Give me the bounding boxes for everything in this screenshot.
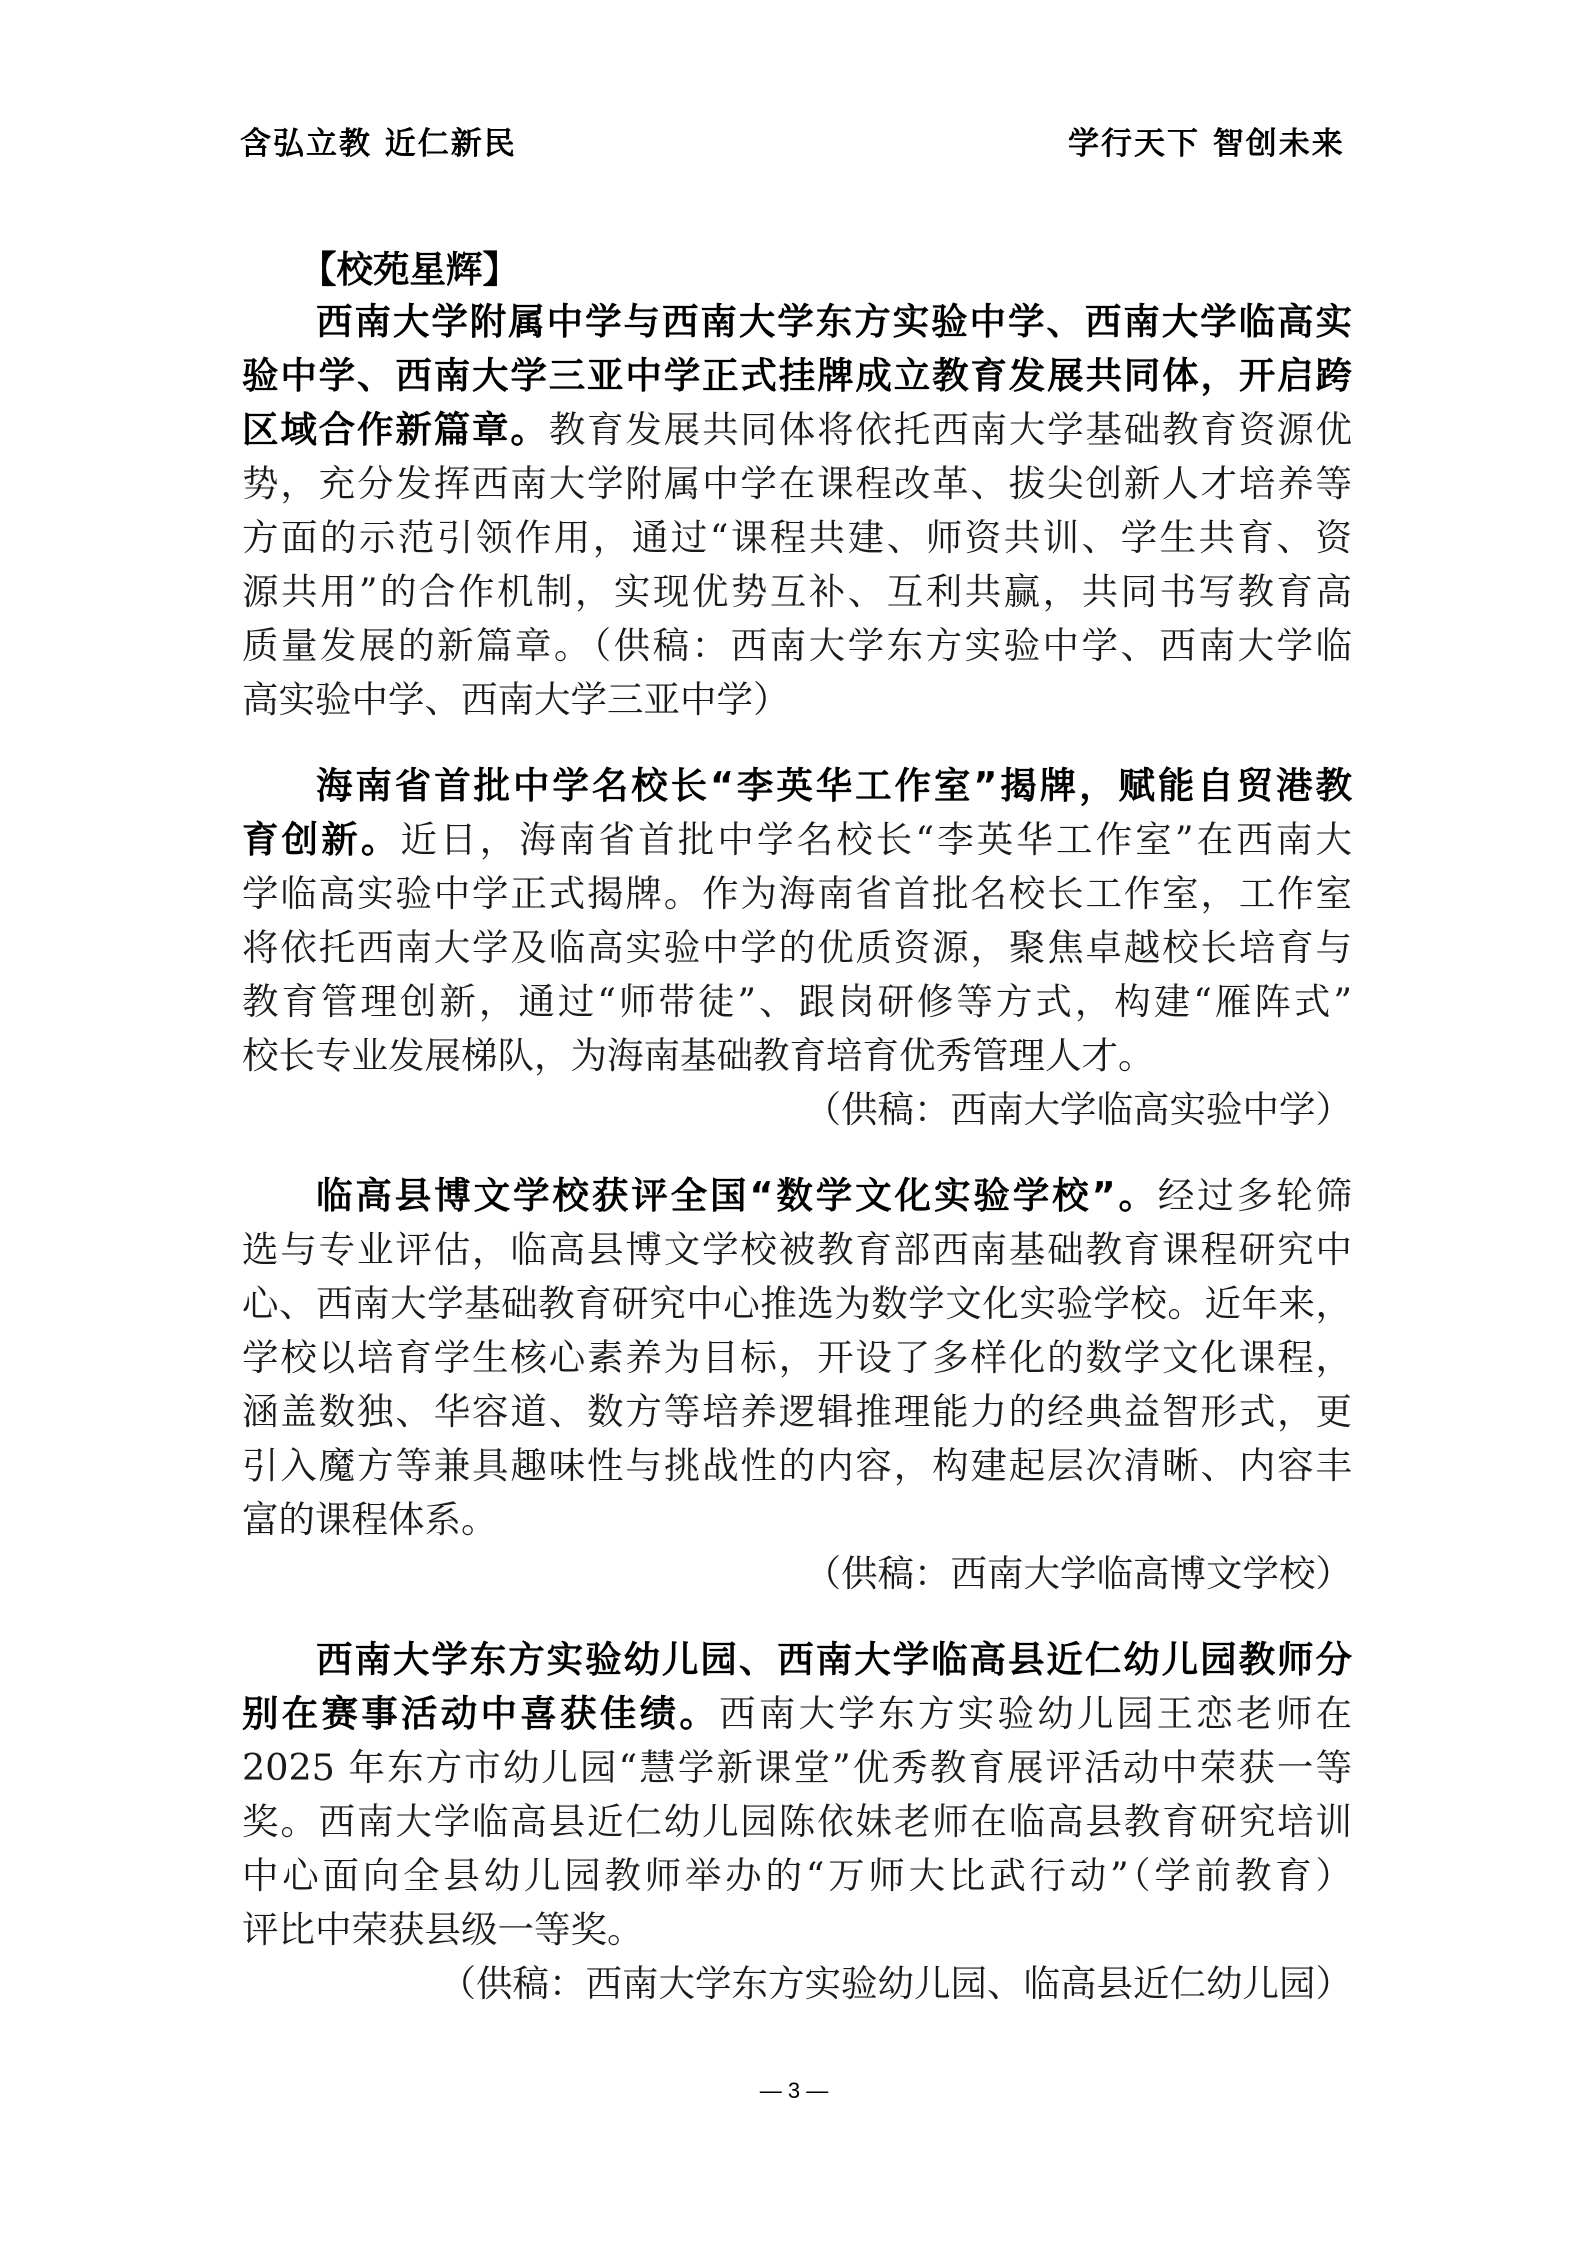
article-body-text: 引入魔方等兼具趣味性与挑战性的内容，构建起层次清晰、内容丰 [242, 1444, 1352, 1487]
article-1-line: 质量发展的新篇章。（供稿：西南大学东方实验中学、西南大学临 [242, 620, 1352, 672]
article-headline-text: 别在赛事活动中喜获佳绩。 [242, 1692, 719, 1735]
article-4-line: 评比中荣获县级一等奖。 [242, 1904, 1352, 1956]
article-body-text: 将依托西南大学及临高实验中学的优质资源，聚焦卓越校长培育与 [242, 926, 1352, 969]
section-title: 【校苑星辉】 [300, 244, 519, 296]
article-body-text: 中心面向全县幼儿园教师举办的“万师大比武行动”（学前教育） [242, 1854, 1352, 1897]
article-3-line: 引入魔方等兼具趣味性与挑战性的内容，构建起层次清晰、内容丰 [242, 1440, 1352, 1492]
article-body-text: 评比中荣获县级一等奖。 [242, 1908, 644, 1951]
article-body-text: 奖。西南大学临高县近仁幼儿园陈依妹老师在临高县教育研究培训 [242, 1800, 1352, 1843]
article-4-line: 中心面向全县幼儿园教师举办的“万师大比武行动”（学前教育） [242, 1850, 1352, 1902]
article-2-line: 教育管理创新，通过“师带徒”、跟岗研修等方式，构建“雁阵式” [242, 976, 1352, 1028]
article-body-text: 学校以培育学生核心素养为目标，开设了多样化的数学文化课程， [242, 1336, 1352, 1379]
page-number: — 3 — [0, 2078, 1588, 2104]
article-1-line: 势，充分发挥西南大学附属中学在课程改革、拔尖创新人才培养等 [242, 458, 1352, 510]
article-headline-text: 育创新。 [242, 818, 400, 861]
article-body-text: 教育管理创新，通过“师带徒”、跟岗研修等方式，构建“雁阵式” [242, 980, 1352, 1023]
article-body-text: 近日，海南省首批中学名校长“李英华工作室”在西南大 [400, 818, 1352, 861]
article-body-text: 富的课程体系。 [242, 1498, 498, 1541]
article-4-line: 奖。西南大学临高县近仁幼儿园陈依妹老师在临高县教育研究培训 [242, 1796, 1352, 1848]
article-4-line: 别在赛事活动中喜获佳绩。西南大学东方实验幼儿园王恋老师在 [242, 1688, 1352, 1740]
article-body-text: 选与专业评估，临高县博文学校被教育部西南基础教育课程研究中 [242, 1228, 1352, 1271]
article-1-line: 验中学、西南大学三亚中学正式挂牌成立教育发展共同体，开启跨 [242, 350, 1352, 402]
article-body-text: 经过多轮筛 [1158, 1174, 1352, 1217]
article-4-line: 2025 年东方市幼儿园“慧学新课堂”优秀教育展评活动中荣获一等 [242, 1742, 1352, 1794]
article-2-line: 校长专业发展梯队，为海南基础教育培育优秀管理人才。 [242, 1030, 1352, 1082]
article-source-credit: （供稿：西南大学临高实验中学） [242, 1084, 1352, 1136]
article-3-line: 临高县博文学校获评全国“数学文化实验学校”。经过多轮筛 [316, 1170, 1352, 1222]
header-motto-right: 学行天下 智创未来 [1068, 118, 1345, 163]
article-headline-text: 西南大学东方实验幼儿园、西南大学临高县近仁幼儿园教师分 [316, 1638, 1352, 1681]
article-3-line: 涵盖数独、华容道、数方等培养逻辑推理能力的经典益智形式，更 [242, 1386, 1352, 1438]
article-body-text: 学临高实验中学正式揭牌。作为海南省首批名校长工作室，工作室 [242, 872, 1352, 915]
article-body-text: 西南大学东方实验幼儿园王恋老师在 [719, 1692, 1352, 1735]
article-source-credit: （供稿：西南大学东方实验幼儿园、临高县近仁幼儿园） [242, 1958, 1352, 2010]
article-4-line: 西南大学东方实验幼儿园、西南大学临高县近仁幼儿园教师分 [316, 1634, 1352, 1686]
article-headline-text: 验中学、西南大学三亚中学正式挂牌成立教育发展共同体，开启跨 [242, 354, 1352, 397]
article-body-text: 心、西南大学基础教育研究中心推选为数学文化实验学校。近年来， [242, 1282, 1352, 1325]
article-body-text: 高实验中学、西南大学三亚中学） [242, 678, 790, 721]
article-2-line: 海南省首批中学名校长“李英华工作室”揭牌，赋能自贸港教 [316, 760, 1352, 812]
article-3-line: 选与专业评估，临高县博文学校被教育部西南基础教育课程研究中 [242, 1224, 1352, 1276]
article-body-text: 势，充分发挥西南大学附属中学在课程改革、拔尖创新人才培养等 [242, 462, 1352, 505]
article-body-text: 校长专业发展梯队，为海南基础教育培育优秀管理人才。 [242, 1034, 1155, 1077]
article-3-line: 富的课程体系。 [242, 1494, 1352, 1546]
document-page: 含弘立教 近仁新民 学行天下 智创未来 【校苑星辉】 西南大学附属中学与西南大学… [0, 0, 1588, 2245]
article-body-text: 质量发展的新篇章。（供稿：西南大学东方实验中学、西南大学临 [242, 624, 1352, 667]
article-body-text: 源共用”的合作机制，实现优势互补、互利共赢，共同书写教育高 [242, 570, 1352, 613]
article-3-line: 学校以培育学生核心素养为目标，开设了多样化的数学文化课程， [242, 1332, 1352, 1384]
header-motto-left: 含弘立教 近仁新民 [240, 118, 517, 163]
article-body-text: 教育发展共同体将依托西南大学基础教育资源优 [549, 408, 1352, 451]
article-2-line: 学临高实验中学正式揭牌。作为海南省首批名校长工作室，工作室 [242, 868, 1352, 920]
article-2-line: 育创新。近日，海南省首批中学名校长“李英华工作室”在西南大 [242, 814, 1352, 866]
article-headline-text: 西南大学附属中学与西南大学东方实验中学、西南大学临高实 [316, 300, 1352, 343]
article-1-line: 高实验中学、西南大学三亚中学） [242, 674, 1352, 726]
article-headline-text: 区域合作新篇章。 [242, 408, 549, 451]
article-1-line: 方面的示范引领作用，通过“课程共建、师资共训、学生共育、资 [242, 512, 1352, 564]
article-headline-text: 海南省首批中学名校长“李英华工作室”揭牌，赋能自贸港教 [316, 764, 1352, 807]
article-headline-text: 临高县博文学校获评全国“数学文化实验学校”。 [316, 1174, 1158, 1217]
article-1-line: 西南大学附属中学与西南大学东方实验中学、西南大学临高实 [316, 296, 1352, 348]
article-3-line: 心、西南大学基础教育研究中心推选为数学文化实验学校。近年来， [242, 1278, 1352, 1330]
article-body-text: 方面的示范引领作用，通过“课程共建、师资共训、学生共育、资 [242, 516, 1352, 559]
article-body-text: 涵盖数独、华容道、数方等培养逻辑推理能力的经典益智形式，更 [242, 1390, 1352, 1433]
article-source-credit: （供稿：西南大学临高博文学校） [242, 1548, 1352, 1600]
article-1-line: 源共用”的合作机制，实现优势互补、互利共赢，共同书写教育高 [242, 566, 1352, 618]
article-body-text: 2025 年东方市幼儿园“慧学新课堂”优秀教育展评活动中荣获一等 [242, 1746, 1352, 1789]
article-1-line: 区域合作新篇章。教育发展共同体将依托西南大学基础教育资源优 [242, 404, 1352, 456]
article-2-line: 将依托西南大学及临高实验中学的优质资源，聚焦卓越校长培育与 [242, 922, 1352, 974]
